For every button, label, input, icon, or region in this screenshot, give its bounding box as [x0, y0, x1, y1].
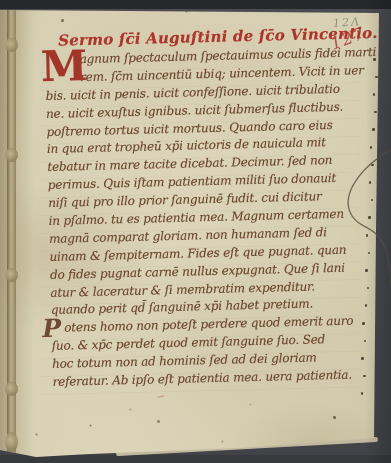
binding-knot: [5, 382, 18, 396]
binding-knot: [5, 432, 18, 452]
pricking-hole: [361, 392, 364, 395]
red-initial-M: M: [40, 46, 87, 87]
binding-knot: [5, 148, 18, 162]
paragraph-2-lines: otens homo non poteſt perdere quod emeri…: [51, 313, 371, 392]
backdrop-bottom-shade: [0, 455, 391, 463]
brown-initial-P: P: [42, 317, 61, 341]
backdrop-top-strip: [0, 0, 391, 9]
paragraph-1: M agnum ſpectaculum ſpectauimus oculis f…: [45, 44, 369, 320]
manuscript-page: 12Λ 127. Sermo ſc̄i Auguſtini de ſc̄o Vi…: [0, 0, 391, 463]
paragraph-2: P otens homo non poteſt perdere quod eme…: [51, 313, 371, 392]
binding-knot: [5, 38, 18, 52]
backdrop-right-shade: [365, 0, 391, 463]
marginal-squiggle-mark: ∽: [155, 389, 166, 403]
photo-backdrop: 12Λ 127. Sermo ſc̄i Auguſtini de ſc̄o Vi…: [0, 0, 391, 463]
paragraph-1-lines: agnum ſpectaculum ſpectauimus oculis fid…: [45, 44, 369, 320]
text-block: Sermo ſc̄i Auguſtini de ſc̄o Vincentio. …: [44, 22, 371, 392]
pricking-hole: [361, 357, 364, 360]
binding-knot: [5, 268, 18, 282]
binding-gutter: [0, 0, 34, 463]
